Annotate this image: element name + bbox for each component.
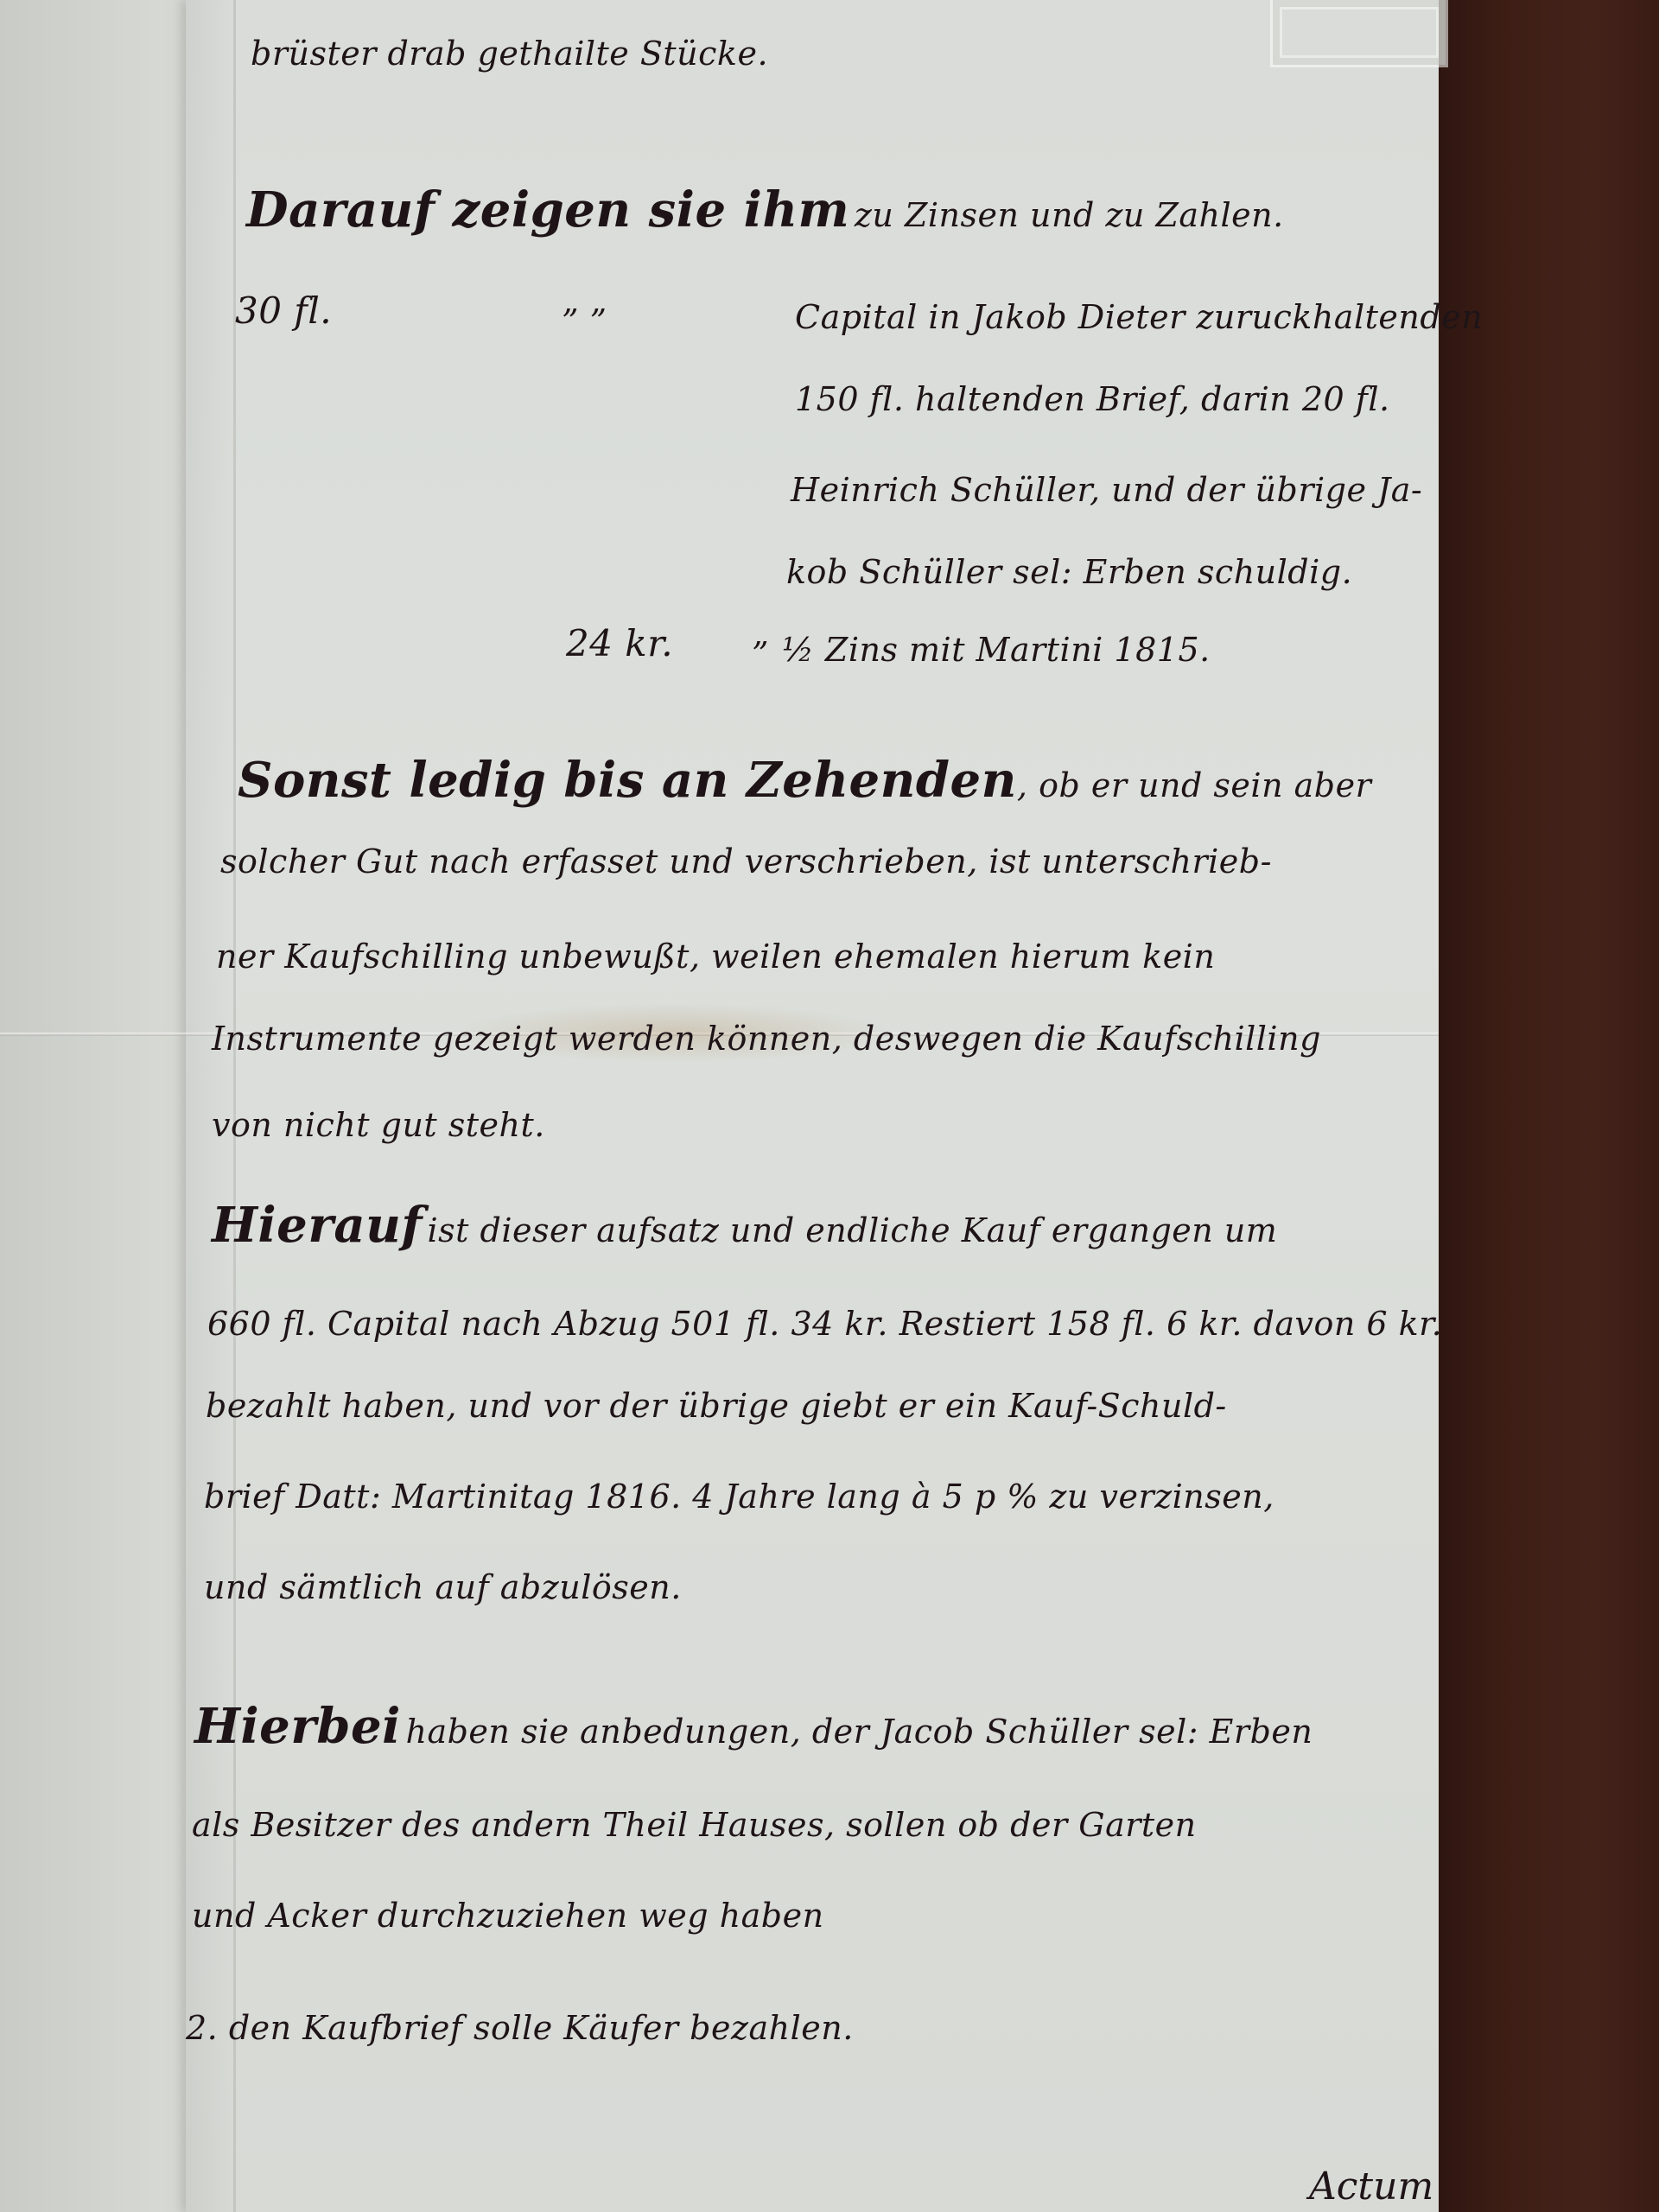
text-line-20: und Acker durchzuziehen weg haben: [192, 1897, 824, 1935]
text-line-19: als Besitzer des andern Theil Hauses, so…: [192, 1806, 1197, 1844]
text-line-11: Instrumente gezeigt werden können, deswe…: [212, 1020, 1321, 1058]
signature-mark: Actum: [1309, 2164, 1433, 2209]
text-line-9: solcher Gut nach erfasset und verschrieb…: [220, 842, 1272, 880]
text-line-4: 150 fl. haltenden Brief, darin 20 fl.: [795, 380, 1390, 418]
section-heading: Hierbei: [194, 1698, 401, 1755]
text-line-2: Darauf zeigen sie ihm zu Zinsen und zu Z…: [246, 181, 1284, 238]
line-text: , ob er und sein aber: [1017, 766, 1371, 804]
text-line-1: brüster drab gethailte Stücke.: [251, 35, 768, 73]
text-line-5: Heinrich Schüller, und der übrige Ja-: [791, 471, 1422, 509]
ditto-marks: ”: [752, 635, 769, 673]
text-line-18: Hierbei haben sie anbedungen, der Jacob …: [194, 1698, 1313, 1755]
text-line-10: ner Kaufschilling unbewußt, weilen ehema…: [216, 938, 1215, 976]
text-line-21: 2. den Kaufbrief solle Käufer bezahlen.: [186, 2009, 854, 2047]
text-line-12: von nicht gut steht.: [212, 1106, 545, 1144]
line-text: brüster drab gethailte Stücke.: [251, 35, 768, 73]
text-line-3: Capital in Jakob Dieter zuruckhaltenden: [795, 298, 1483, 336]
margin-amount: 24 kr.: [566, 622, 673, 664]
text-line-13: Hierauf ist dieser aufsatz und endliche …: [212, 1197, 1277, 1254]
embossed-stamp-icon: [1270, 0, 1448, 67]
section-heading: Darauf zeigen sie ihm: [246, 181, 849, 238]
section-heading: Sonst ledig bis an Zehenden: [238, 752, 1017, 809]
margin-amount: 30 fl.: [235, 289, 332, 332]
text-line-17: und sämtlich auf abzulösen.: [204, 1568, 682, 1606]
ditto-marks: ” ”: [562, 302, 607, 340]
text-line-6: kob Schüller sel: Erben schuldig.: [786, 553, 1352, 591]
text-line-16: brief Datt: Martinitag 1816. 4 Jahre lan…: [204, 1478, 1274, 1516]
text-line-7: ½ Zins mit Martini 1815.: [782, 631, 1211, 669]
text-line-14: 660 fl. Capital nach Abzug 501 fl. 34 kr…: [207, 1305, 1442, 1343]
line-text: haben sie anbedungen, der Jacob Schüller…: [405, 1713, 1313, 1751]
line-text: ist dieser aufsatz und endliche Kauf erg…: [428, 1211, 1278, 1249]
line-text: zu Zinsen und zu Zahlen.: [855, 196, 1284, 234]
text-line-8: Sonst ledig bis an Zehenden, ob er und s…: [238, 752, 1371, 809]
text-line-15: bezahlt haben, und vor der übrige giebt …: [206, 1387, 1227, 1425]
section-heading: Hierauf: [212, 1197, 423, 1254]
